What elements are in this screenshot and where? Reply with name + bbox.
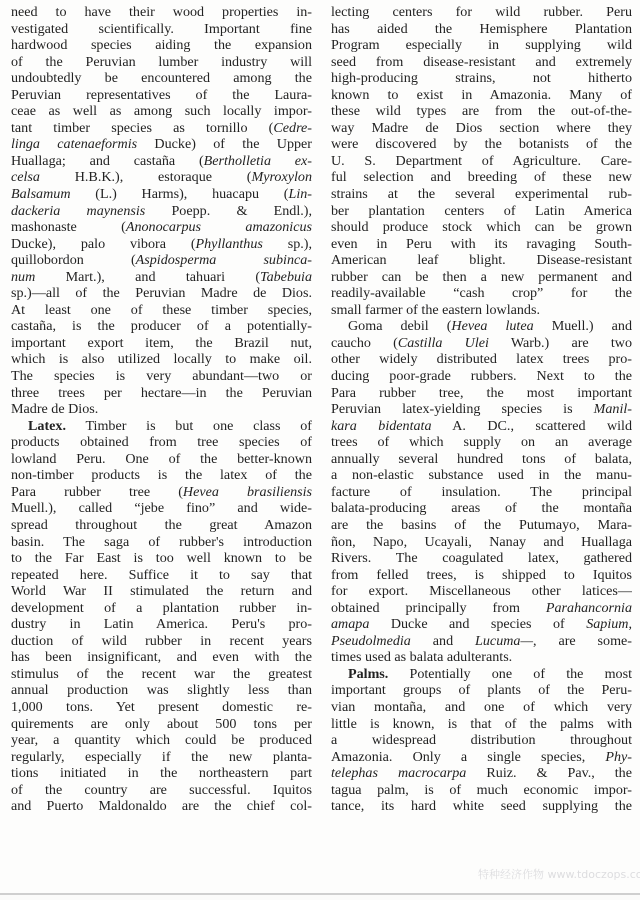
text-line: way Madre de Dios section where they bbox=[331, 120, 632, 137]
text-line: obtained principally from Parahancornia bbox=[331, 600, 632, 617]
text-line: Goma debil (Hevea lutea Muell.) and bbox=[331, 318, 632, 335]
text-line: Huallaga; and castaña (Bertholletia ex- bbox=[11, 153, 312, 170]
text-line: three trees per hectare—in the Peruvian bbox=[11, 385, 312, 402]
text-line: ceae as well as among such locally impor… bbox=[11, 103, 312, 120]
text-line: num Mart.), and tahuari (Tabebuia bbox=[11, 269, 312, 286]
text-line: has been insignificant, and even with th… bbox=[11, 649, 312, 666]
text-line: stimulus of the recent war the greatest bbox=[11, 666, 312, 683]
text-line: ful selection and breeding of these new bbox=[331, 169, 632, 186]
text-line: Amazonia. Only a single species, Phy- bbox=[331, 749, 632, 766]
text-line: vestigated scientifically. Important fin… bbox=[11, 21, 312, 38]
text-line: basin. The saga of rubber's introduction bbox=[11, 534, 312, 551]
text-line: rubber can be then a new permanent and bbox=[331, 269, 632, 286]
text-line: mashonaste (Anonocarpus amazonicus bbox=[11, 219, 312, 236]
document-page: need to have their wood properties in-ve… bbox=[0, 0, 640, 895]
text-line: other widely distributed latex trees pro… bbox=[331, 351, 632, 368]
text-line: little is known, is that of the palms wi… bbox=[331, 716, 632, 733]
text-line: from felled trees, is shipped to Iquitos bbox=[331, 567, 632, 584]
text-line: lecting centers for wild rubber. Peru bbox=[331, 4, 632, 21]
text-line: Rivers. The coagulated latex, gathered bbox=[331, 550, 632, 567]
text-line: of the country are successful. Iquitos bbox=[11, 782, 312, 799]
text-line: tance, its hard white seed supplying the bbox=[331, 798, 632, 815]
text-line: for export. Miscellaneous other latices— bbox=[331, 583, 632, 600]
text-line: facture of insulation. The principal bbox=[331, 484, 632, 501]
text-line: Madre de Dios. bbox=[11, 401, 312, 418]
text-line: amapa Ducke and species of Sapium, bbox=[331, 616, 632, 633]
text-line: of the Peruvian lumber industry will bbox=[11, 54, 312, 71]
text-line: annual production was slightly less than bbox=[11, 682, 312, 699]
text-line: kara bidentata A. DC., scattered wild bbox=[331, 418, 632, 435]
text-line: tions initiated in the northeastern part bbox=[11, 765, 312, 782]
text-line: has aided the Hemisphere Plantation bbox=[331, 21, 632, 38]
text-line: undoubtedly be encountered among the bbox=[11, 70, 312, 87]
text-line: Balsamum (L.) Harms), huacapu (Lin- bbox=[11, 186, 312, 203]
text-line: vian montaña, and one of which very bbox=[331, 699, 632, 716]
text-line: even in Peru with its ravaging South- bbox=[331, 236, 632, 253]
text-line: sp.)—all of the Peruvian Madre de Dios. bbox=[11, 285, 312, 302]
text-line: Peruvian representatives of the Laura- bbox=[11, 87, 312, 104]
text-line: U. S. Department of Agriculture. Care- bbox=[331, 153, 632, 170]
text-line: repeated here. Suffice it to say that bbox=[11, 567, 312, 584]
text-line: hardwood species aiding the expansion bbox=[11, 37, 312, 54]
text-line: Program especially in supplying wild bbox=[331, 37, 632, 54]
left-column: need to have their wood properties in-ve… bbox=[11, 4, 312, 815]
text-line: telephas macrocarpa Ruiz. & Pav., the bbox=[331, 765, 632, 782]
text-line: spread throughout the great Amazon bbox=[11, 517, 312, 534]
text-line: ducing poor-grade rubbers. Next to the bbox=[331, 368, 632, 385]
text-line: a non-elastic substance used in the manu… bbox=[331, 467, 632, 484]
right-column: lecting centers for wild rubber. Peruhas… bbox=[331, 4, 632, 815]
text-line: trees of which supply on an average bbox=[331, 434, 632, 451]
text-line: need to have their wood properties in- bbox=[11, 4, 312, 21]
text-line: duction of wild rubber in recent years bbox=[11, 633, 312, 650]
text-line: readily-available “cash crop” for the bbox=[331, 285, 632, 302]
text-line: Latex. Timber is but one class of bbox=[11, 418, 312, 435]
text-line: known to exist in Amazonia. Many of bbox=[331, 87, 632, 104]
text-line: products obtained from tree species of bbox=[11, 434, 312, 451]
text-line: castaña, is the producer of a potentiall… bbox=[11, 318, 312, 335]
text-line: important groups of plants of the Peru- bbox=[331, 682, 632, 699]
text-line: annually several hundred tons of balata, bbox=[331, 451, 632, 468]
section-heading: Palms. bbox=[348, 666, 388, 682]
text-line: ber plantation centers of Latin America bbox=[331, 203, 632, 220]
text-line: were discovered by the botanists of the bbox=[331, 136, 632, 153]
text-line: year, a quantity which could be produced bbox=[11, 732, 312, 749]
text-line: and Puerto Maldonaldo are the chief col- bbox=[11, 798, 312, 815]
text-line: lowland Peru. One of the better-known bbox=[11, 451, 312, 468]
text-line: dackeria maynensis Poepp. & Endl.), bbox=[11, 203, 312, 220]
text-line: caucho (Castilla Ulei Warb.) are two bbox=[331, 335, 632, 352]
section-heading: Latex. bbox=[28, 418, 66, 434]
text-line: quirements are only about 500 tons per bbox=[11, 716, 312, 733]
text-line: celsa H.B.K.), estoraque (Myroxylon bbox=[11, 169, 312, 186]
text-line: quillobordon (Aspidosperma subinca- bbox=[11, 252, 312, 269]
text-line: tant timber species as tornillo (Cedre- bbox=[11, 120, 312, 137]
text-line: At least one of these timber species, bbox=[11, 302, 312, 319]
text-line: Para rubber tree, the most important bbox=[331, 385, 632, 402]
text-line: which is also utilized locally to make o… bbox=[11, 351, 312, 368]
text-line: Para rubber tree (Hevea brasiliensis bbox=[11, 484, 312, 501]
text-line: are the basins of the Putumayo, Mara- bbox=[331, 517, 632, 534]
text-line: balata-producing areas of the montaña bbox=[331, 500, 632, 517]
text-line: Peruvian latex-yielding species is Manil… bbox=[331, 401, 632, 418]
text-line: Ducke), palo vibora (Phyllanthus sp.), bbox=[11, 236, 312, 253]
text-line: linga catenaeformis Ducke) of the Upper bbox=[11, 136, 312, 153]
text-line: ñon, Napo, Ucayali, Nanay and Huallaga bbox=[331, 534, 632, 551]
watermark: 特种经济作物 www.tdoczops.com bbox=[478, 866, 640, 882]
text-line: dustry in Latin America. Peru's pro- bbox=[11, 616, 312, 633]
text-line: Pseudolmedia and Lucuma—, are some- bbox=[331, 633, 632, 650]
text-line: Palms. Potentially one of the most bbox=[331, 666, 632, 683]
text-line: Muell.), called “jebe fino” and wide- bbox=[11, 500, 312, 517]
text-line: important export item, the Brazil nut, bbox=[11, 335, 312, 352]
text-line: 1,000 tons. Yet present domestic re- bbox=[11, 699, 312, 716]
text-line: small farmer of the eastern lowlands. bbox=[331, 302, 632, 319]
text-line: should produce stock which can be grown bbox=[331, 219, 632, 236]
text-line: development of a plantation rubber in- bbox=[11, 600, 312, 617]
text-line: times used as balata adulterants. bbox=[331, 649, 632, 666]
text-line: seed from disease-resistant and extremel… bbox=[331, 54, 632, 71]
text-line: non-timber products is the latex of the bbox=[11, 467, 312, 484]
text-line: World War II stimulated the return and bbox=[11, 583, 312, 600]
text-line: American leaf blight. Disease-resistant bbox=[331, 252, 632, 269]
text-line: strains at the several experimental rub- bbox=[331, 186, 632, 203]
text-line: tagua palm, is of much economic impor- bbox=[331, 782, 632, 799]
text-line: a widespread distribution throughout bbox=[331, 732, 632, 749]
text-line: The species is very abundant—two or bbox=[11, 368, 312, 385]
text-line: to the Far East is too well known to be bbox=[11, 550, 312, 567]
text-line: high-producing strains, not hitherto bbox=[331, 70, 632, 87]
text-line: regularly, especially if the new planta- bbox=[11, 749, 312, 766]
text-line: these wild types are from the out-of-the… bbox=[331, 103, 632, 120]
